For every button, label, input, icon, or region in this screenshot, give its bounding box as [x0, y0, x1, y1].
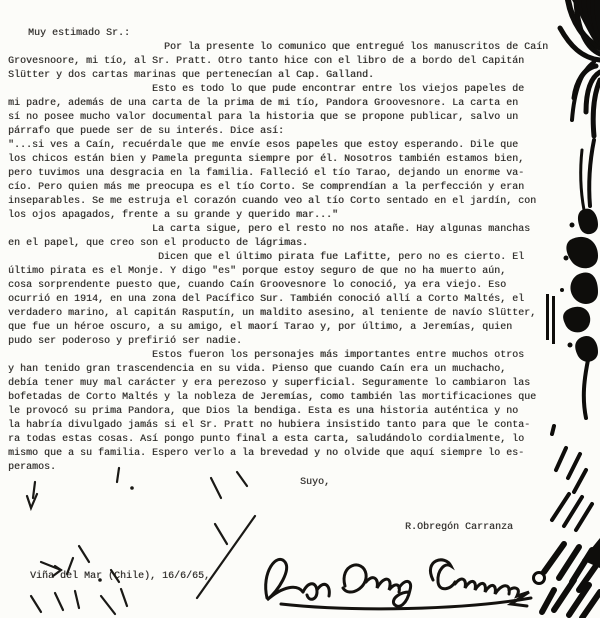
typed-signature-name: R.Obregón Carranza: [405, 521, 513, 535]
ink-smudge-marks-icon: [15, 462, 325, 618]
scanned-letter-page: { "theme": { "paper": "#fcfcf9", "ink": …: [0, 0, 600, 618]
salutation: Muy estimado Sr.:: [28, 27, 130, 41]
letter-body: Por la presente lo comunico que entregué…: [8, 41, 548, 475]
palm-foliage-ink-illustration-icon: [522, 0, 600, 618]
